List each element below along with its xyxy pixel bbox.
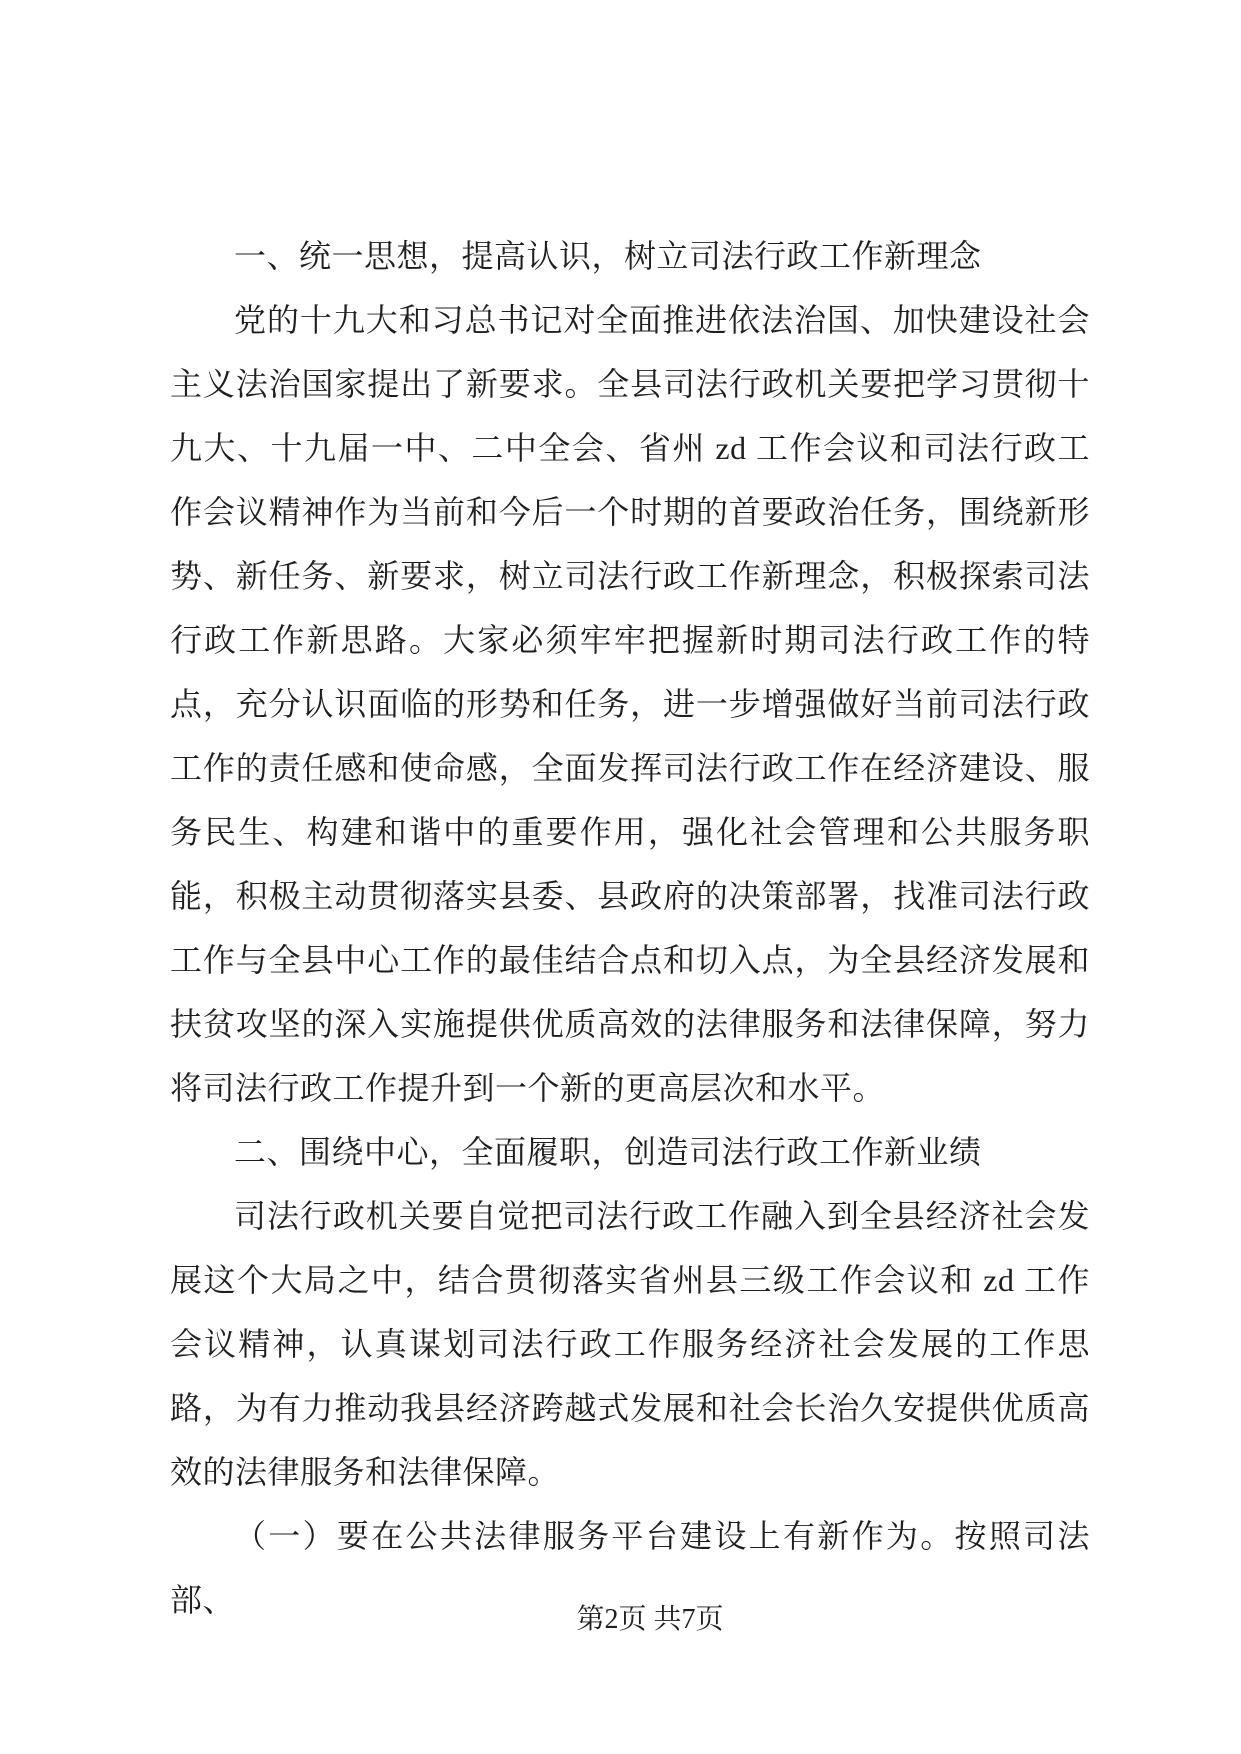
section-heading-2: 二、围绕中心，全面履职，创造司法行政工作新业绩 <box>170 1120 1090 1184</box>
page-number-label: 第2页 共7页 <box>576 1604 723 1635</box>
body-paragraph: 司法行政机关要自觉把司法行政工作融入到全县经济社会发展这个大局之中，结合贯彻落实… <box>170 1184 1090 1504</box>
document-page: 一、统一思想，提高认识，树立司法行政工作新理念 党的十九大和习总书记对全面推进依… <box>0 0 1241 1754</box>
page-footer: 第2页 共7页 <box>190 1600 1110 1640</box>
body-paragraph: 党的十九大和习总书记对全面推进依法治国、加快建设社会主义法治国家提出了新要求。全… <box>170 288 1090 1120</box>
document-body: 一、统一思想，提高认识，树立司法行政工作新理念 党的十九大和习总书记对全面推进依… <box>170 224 1090 1632</box>
section-heading-1: 一、统一思想，提高认识，树立司法行政工作新理念 <box>170 224 1090 288</box>
